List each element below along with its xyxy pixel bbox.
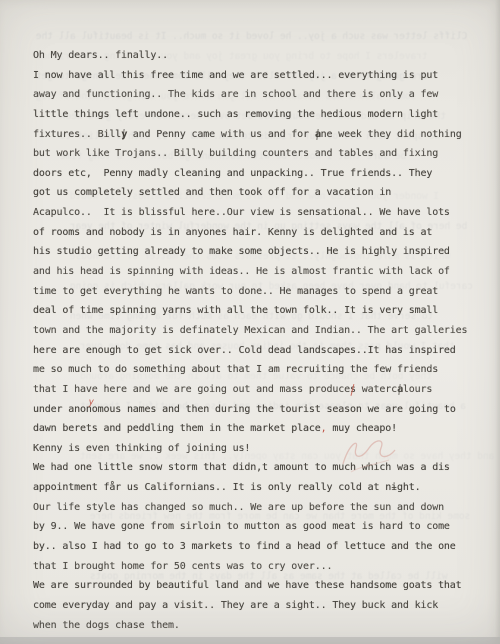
- typed-text: me so much to do something about that I …: [33, 364, 438, 375]
- letter-line: We are surrounded by beautiful land and …: [33, 576, 488, 596]
- typed-text: deal of time spinning yarns with all the…: [33, 305, 438, 316]
- typed-text: dawn berets and peddling them in the mar…: [33, 423, 321, 434]
- typed-text: here are enough to get sick over.. Cold …: [33, 345, 456, 356]
- typed-text: under anon: [33, 404, 92, 415]
- letter-line: away and functioning.. The kids are in s…: [33, 85, 488, 105]
- overstruck-character: a: [315, 129, 321, 140]
- typed-text: time to get everything he wants to done.…: [33, 286, 438, 297]
- typed-text: by.. also I had to go to 3 markets to fi…: [33, 541, 456, 552]
- letter-line: dawn berets and peddling them in the mar…: [33, 419, 488, 439]
- typed-text: that I brought home for 50 cents was to …: [33, 561, 332, 572]
- letter-body: Oh My dears.. finally..I now have all th…: [33, 46, 488, 635]
- typed-text: I now have all this free time and we are…: [33, 70, 438, 81]
- typed-text: appointment får us Californians.. It is …: [33, 482, 420, 493]
- typed-text: fixtures.. Bill: [33, 129, 121, 140]
- letter-line: of rooms and nobody is in anyones hair. …: [33, 223, 488, 243]
- letter-line: Acapulco.. It is blissful here..Our view…: [33, 203, 488, 223]
- scan-bottom-edge: [0, 637, 500, 644]
- typed-text: muy cheapo!: [327, 423, 397, 434]
- paper-right-edge-shadow: [495, 0, 500, 644]
- bleed-through-text: Cliffs letter was such a joy.. he loved …: [36, 31, 467, 42]
- letter-line: come everyday and pay a visit.. They are…: [33, 596, 488, 616]
- overstruck-character: a: [397, 384, 403, 395]
- typed-text: come everyday and pay a visit.. They are…: [33, 600, 438, 611]
- typed-text: Our life style has changed so much.. We …: [33, 502, 444, 513]
- typed-text: and his head is spinning with ideas.. He…: [33, 266, 450, 277]
- typed-text: Acapulco.. It is blissful here..Our view…: [33, 207, 450, 218]
- typed-text: lours: [403, 384, 432, 395]
- typed-text: of rooms and nobody is in anyones hair. …: [33, 227, 432, 238]
- letter-line: deal of time spinning yarns with all the…: [33, 301, 488, 321]
- overstruck-character: y: [121, 129, 127, 140]
- letter-line: fixtures.. Billy and Penny came with us …: [33, 125, 488, 145]
- letter-line: got us completely settled and then took …: [33, 183, 488, 203]
- scanned-letter-page: Cliffs letter was such a joy.. he loved …: [0, 0, 500, 644]
- letter-line: and his head is spinning with ideas.. He…: [33, 262, 488, 282]
- letter-line: but work like Trojans.. Billy building c…: [33, 144, 488, 164]
- letter-line: Our life style has changed so much.. We …: [33, 498, 488, 518]
- typed-text: when the dogs chase them.: [33, 620, 180, 631]
- letter-line: by 9.. We have gone from sirloin to mutt…: [33, 517, 488, 537]
- typed-text: by 9.. We have gone from sirloin to mutt…: [33, 521, 450, 532]
- letter-line: little things left undone.. such as remo…: [33, 105, 488, 125]
- typed-text: that I have here and we are going out an…: [33, 384, 350, 395]
- typed-text: omous names and then during the tourist …: [92, 404, 456, 415]
- letter-line: I now have all this free time and we are…: [33, 66, 488, 86]
- typed-text: town and the majority is definately Mexi…: [33, 325, 467, 336]
- typed-text: Kenny is even thinking of joining us!: [33, 443, 250, 454]
- typed-text: waterc: [356, 384, 397, 395]
- letter-line: by.. also I had to go to 3 markets to fi…: [33, 537, 488, 557]
- letter-line: We had one little snow storm that didn,t…: [33, 458, 488, 478]
- letter-line: under anonyomous names and then during t…: [33, 400, 488, 420]
- typed-text: Oh My dears.. finally..: [33, 50, 168, 61]
- typed-text: but work like Trojans.. Billy building c…: [33, 148, 438, 159]
- typed-text: away and functioning.. The kids are in s…: [33, 89, 438, 100]
- letter-line: doors etc, Penny madly cleaning and unpa…: [33, 164, 488, 184]
- typed-text: ne week they did nothing: [321, 129, 462, 140]
- red-strike-character: s: [350, 384, 356, 395]
- letter-line: town and the majority is definately Mexi…: [33, 321, 488, 341]
- letter-line: appointment får us Californians.. It is …: [33, 478, 488, 498]
- letter-line: that I have here and we are going out an…: [33, 380, 488, 400]
- letter-line: his studio getting already to make some …: [33, 242, 488, 262]
- letter-line: me so much to do something about that I …: [33, 360, 488, 380]
- letter-line: that I brought home for 50 cents was to …: [33, 557, 488, 577]
- typed-text: We are surrounded by beautiful land and …: [33, 580, 462, 591]
- letter-line: Oh My dears.. finally..: [33, 46, 488, 66]
- typed-text: got us completely settled and then took …: [33, 187, 391, 198]
- typed-text: little things left undone.. such as remo…: [33, 109, 438, 120]
- typed-text: doors etc, Penny madly cleaning and unpa…: [33, 168, 432, 179]
- letter-line: time to get everything he wants to done.…: [33, 282, 488, 302]
- typed-text: and Penny came with us and for: [127, 129, 315, 140]
- letter-line: here are enough to get sick over.. Cold …: [33, 341, 488, 361]
- typed-text: his studio getting already to make some …: [33, 246, 450, 257]
- letter-line: Kenny is even thinking of joining us!: [33, 439, 488, 459]
- letter-line: when the dogs chase them.: [33, 616, 488, 636]
- typed-text: We had one little snow storm that didn,t…: [33, 462, 450, 473]
